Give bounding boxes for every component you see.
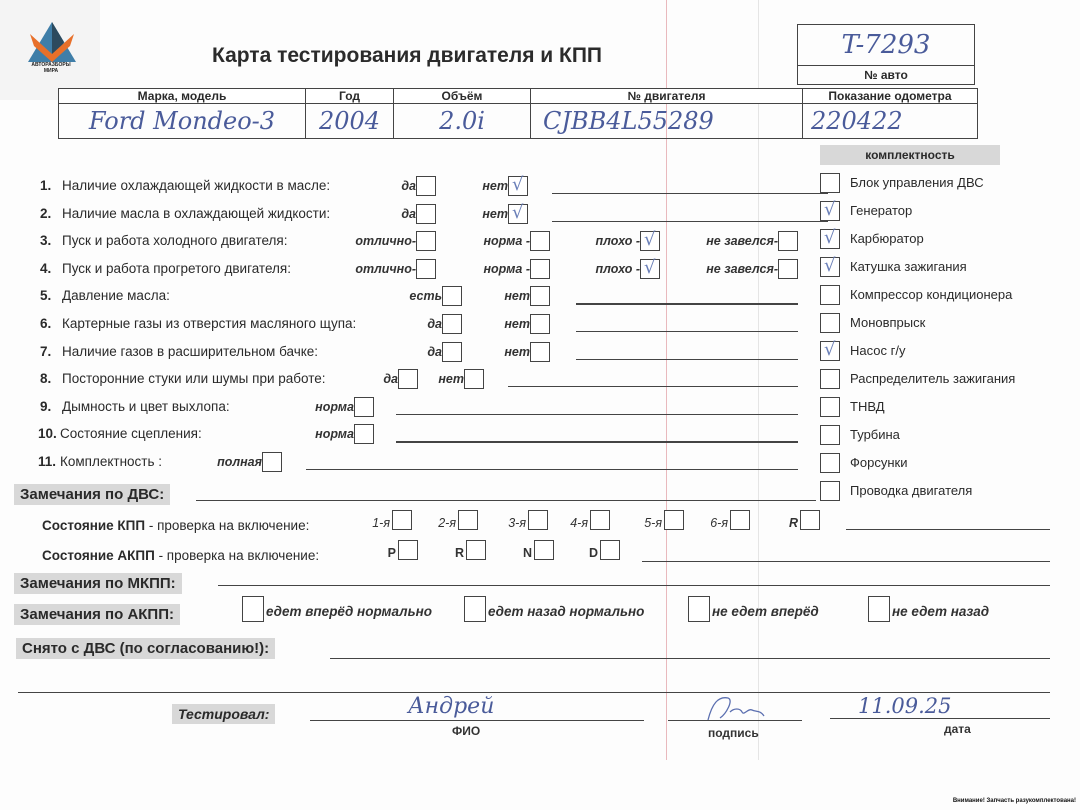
name-caption: ФИО <box>452 724 480 738</box>
question-text: Наличие газов в расширительном бачке: <box>62 344 318 359</box>
akpp-gear-label: P <box>388 546 396 560</box>
option-checkbox[interactable] <box>354 397 374 417</box>
option-label: нет <box>482 207 508 221</box>
kpp-gear-checkbox[interactable] <box>392 510 412 530</box>
kpp-gear-checkbox[interactable] <box>730 510 750 530</box>
option-checkbox[interactable] <box>530 314 550 334</box>
question-text: Дымность и цвет выхлопа: <box>62 399 230 414</box>
question-number: 1. <box>40 178 62 193</box>
option-label: не завелся- <box>706 234 778 248</box>
question-number: 9. <box>40 399 62 414</box>
question-text: Наличие охлаждающей жидкости в масле: <box>62 178 330 193</box>
question-number: 8. <box>40 371 62 386</box>
akpp-gear-label: D <box>589 546 598 560</box>
option-label: норма <box>315 427 354 441</box>
completeness-item-label: Турбина <box>850 427 900 442</box>
completeness-checkbox[interactable] <box>820 341 840 361</box>
option-label: нет <box>438 372 464 386</box>
col-header-volume: Объём <box>394 89 531 104</box>
remarks-mkpp-line[interactable] <box>218 585 1050 586</box>
question-row: 7.Наличие газов в расширительном бачке: <box>40 344 318 359</box>
option-checkbox[interactable] <box>530 259 550 279</box>
akpp-gear-label: R <box>455 546 464 560</box>
odometer-field[interactable]: 220422 <box>803 104 978 139</box>
date-caption: дата <box>944 722 971 736</box>
col-header-odometer: Показание одометра <box>803 89 978 104</box>
option-label: да <box>401 207 416 221</box>
kpp-notes-line[interactable] <box>846 529 1050 530</box>
option-checkbox[interactable] <box>530 342 550 362</box>
page-title: Карта тестирования двигателя и КПП <box>212 44 602 68</box>
kpp-gear-checkbox[interactable] <box>528 510 548 530</box>
footer-note: Внимание! Запчасть разукомплектована! <box>953 798 1076 804</box>
option-label: отлично- <box>355 234 416 248</box>
option-checkbox[interactable] <box>416 231 436 251</box>
question-row: 6.Картерные газы из отверстия масляного … <box>40 316 356 331</box>
vehicle-number-box: T-7293 № авто <box>797 24 975 85</box>
test-date[interactable]: 11.09.25 <box>858 694 952 718</box>
akpp-remark-label: не едет назад <box>892 604 989 619</box>
option-label: нет <box>504 345 530 359</box>
engine-number-field[interactable]: CJBB4L55289 <box>531 104 803 139</box>
question-number: 11. <box>38 454 60 469</box>
option-label: да <box>427 317 442 331</box>
option-label: нет <box>504 289 530 303</box>
kpp-gear-checkbox[interactable] <box>458 510 478 530</box>
option-checkbox[interactable] <box>508 176 528 196</box>
completeness-item-label: Генератор <box>850 203 912 218</box>
akpp-gear-checkbox[interactable] <box>398 540 418 560</box>
kpp-gear-label: 2-я <box>438 516 456 530</box>
logo-text: АВТОРАЗБОРЫ МИРА <box>18 62 84 74</box>
completeness-item-label: Распределитель зажигания <box>850 371 1015 386</box>
option-checkbox[interactable] <box>640 231 660 251</box>
kpp-gear-checkbox[interactable] <box>590 510 610 530</box>
kpp-gear-label: 1-я <box>372 516 390 530</box>
completeness-checkbox[interactable] <box>820 229 840 249</box>
akpp-remark-checkbox[interactable] <box>688 596 710 622</box>
kpp-label-bold: Состояние КПП <box>42 518 145 533</box>
question-number: 3. <box>40 233 62 248</box>
completeness-item-label: Насос г/у <box>850 343 905 358</box>
kpp-label-rest: - проверка на включение: <box>145 518 309 533</box>
question-notes-line[interactable] <box>396 414 798 415</box>
option-checkbox[interactable] <box>416 204 436 224</box>
option-checkbox[interactable] <box>530 286 550 306</box>
question-number: 10. <box>38 426 60 441</box>
completeness-item-label: Карбюратор <box>850 231 924 246</box>
question-row: 11.Комплектность : <box>38 454 162 469</box>
question-text: Картерные газы из отверстия масляного щу… <box>62 316 356 331</box>
option-label: норма <box>315 400 354 414</box>
removed-label: Снято с ДВС (по согласованию!): <box>16 638 275 659</box>
akpp-label-rest: - проверка на включение: <box>155 548 319 563</box>
kpp-gear-label: 4-я <box>570 516 588 530</box>
completeness-checkbox[interactable] <box>820 481 840 501</box>
option-checkbox[interactable] <box>508 204 528 224</box>
option-checkbox[interactable] <box>416 259 436 279</box>
option-label: есть <box>409 289 442 303</box>
option-checkbox[interactable] <box>442 314 462 334</box>
question-number: 7. <box>40 344 62 359</box>
akpp-label-bold: Состояние АКПП <box>42 548 155 563</box>
logo-icon <box>26 22 78 64</box>
option-checkbox[interactable] <box>442 286 462 306</box>
tester-name-line <box>310 720 644 721</box>
completeness-checkbox[interactable] <box>820 369 840 389</box>
col-header-make-model: Марка, модель <box>59 89 306 104</box>
option-label: плохо - <box>596 234 640 248</box>
completeness-item-label: Блок управления ДВС <box>850 175 984 190</box>
option-label: отлично- <box>355 262 416 276</box>
option-label: полная <box>217 455 262 469</box>
question-notes-line[interactable] <box>306 469 798 470</box>
option-label: да <box>383 372 398 386</box>
completeness-checkbox[interactable] <box>820 313 840 333</box>
remarks-mkpp-label: Замечания по МКПП: <box>14 573 182 594</box>
question-text: Посторонние стуки или шумы при работе: <box>62 371 326 386</box>
completeness-checkbox[interactable] <box>820 285 840 305</box>
completeness-checkbox[interactable] <box>820 453 840 473</box>
question-text: Наличие масла в охлаждающей жидкости: <box>62 206 330 221</box>
option-checkbox[interactable] <box>398 369 418 389</box>
question-notes-line[interactable] <box>552 193 828 194</box>
option-checkbox[interactable] <box>530 231 550 251</box>
completeness-item-label: Катушка зажигания <box>850 259 967 274</box>
option-checkbox[interactable] <box>778 259 798 279</box>
signature-icon[interactable] <box>700 694 780 722</box>
kpp-gear-label: R <box>789 516 798 530</box>
col-header-year: Год <box>306 89 394 104</box>
question-row: 4.Пуск и работа прогретого двигателя: <box>40 261 291 276</box>
option-checkbox[interactable] <box>354 424 374 444</box>
akpp-remark-checkbox[interactable] <box>242 596 264 622</box>
completeness-item-label: Моновпрыск <box>850 315 925 330</box>
remarks-dvs-line[interactable] <box>196 500 816 501</box>
kpp-gear-checkbox[interactable] <box>800 510 820 530</box>
akpp-remark-checkbox[interactable] <box>464 596 486 622</box>
question-number: 5. <box>40 288 62 303</box>
option-label: да <box>427 345 442 359</box>
removed-line[interactable] <box>330 658 1050 659</box>
completeness-checkbox[interactable] <box>820 425 840 445</box>
completeness-item-label: Форсунки <box>850 455 907 470</box>
completeness-item-label: Проводка двигателя <box>850 483 972 498</box>
question-row: 8.Посторонние стуки или шумы при работе: <box>40 371 326 386</box>
tester-name[interactable]: Андрей <box>408 694 494 719</box>
akpp-gear-checkbox[interactable] <box>466 540 486 560</box>
akpp-label: Состояние АКПП - проверка на включение: <box>42 548 319 563</box>
option-label: да <box>401 179 416 193</box>
kpp-gear-checkbox[interactable] <box>664 510 684 530</box>
option-checkbox[interactable] <box>262 452 282 472</box>
option-label: норма - <box>484 234 531 248</box>
kpp-label: Состояние КПП - проверка на включение: <box>42 518 309 533</box>
option-label: нет <box>504 317 530 331</box>
question-row: 3.Пуск и работа холодного двигателя: <box>40 233 288 248</box>
akpp-notes-line[interactable] <box>642 561 1050 562</box>
vehicle-number-label: № авто <box>798 66 975 85</box>
question-number: 4. <box>40 261 62 276</box>
completeness-item-label: Компрессор кондиционера <box>850 287 1012 302</box>
year-field[interactable]: 2004 <box>306 104 394 139</box>
question-row: 5.Давление масла: <box>40 288 170 303</box>
akpp-gear-checkbox[interactable] <box>534 540 554 560</box>
make-model-field[interactable]: Ford Mondeo-3 <box>59 104 306 139</box>
question-row: 9.Дымность и цвет выхлопа: <box>40 399 230 414</box>
signature-line <box>668 720 802 721</box>
question-row: 2.Наличие масла в охлаждающей жидкости: <box>40 206 330 221</box>
question-notes-line[interactable] <box>552 221 828 222</box>
question-text: Состояние сцепления: <box>60 426 202 441</box>
completeness-checkbox[interactable] <box>820 397 840 417</box>
remarks-dvs-label: Замечания по ДВС: <box>14 484 170 505</box>
completeness-checkbox[interactable] <box>820 201 840 221</box>
option-label: нет <box>482 179 508 193</box>
question-notes-line[interactable] <box>508 386 798 387</box>
akpp-gear-label: N <box>523 546 532 560</box>
completeness-checkbox[interactable] <box>820 257 840 277</box>
option-checkbox[interactable] <box>416 176 436 196</box>
tested-by-label: Тестировал: <box>172 704 275 724</box>
completeness-header: комплектность <box>820 145 1000 165</box>
question-notes-line[interactable] <box>396 441 798 442</box>
question-row: 10.Состояние сцепления: <box>38 426 202 441</box>
akpp-remark-label: не едет вперёд <box>712 604 819 619</box>
signature-caption: подпись <box>708 726 759 740</box>
col-header-engine-number: № двигателя <box>531 89 803 104</box>
option-checkbox[interactable] <box>778 231 798 251</box>
akpp-remark-checkbox[interactable] <box>868 596 890 622</box>
vehicle-number-value[interactable]: T-7293 <box>798 25 975 66</box>
akpp-remark-label: едет назад нормально <box>488 604 644 619</box>
option-label: норма - <box>484 262 531 276</box>
remarks-akpp-label: Замечания по АКПП: <box>14 604 180 625</box>
question-number: 2. <box>40 206 62 221</box>
question-row: 1.Наличие охлаждающей жидкости в масле: <box>40 178 330 193</box>
option-checkbox[interactable] <box>640 259 660 279</box>
kpp-gear-label: 5-я <box>644 516 662 530</box>
question-text: Комплектность : <box>60 454 162 469</box>
akpp-gear-checkbox[interactable] <box>600 540 620 560</box>
kpp-gear-label: 3-я <box>508 516 526 530</box>
kpp-gear-label: 6-я <box>710 516 728 530</box>
option-label: не завелся- <box>706 262 778 276</box>
logo-text-line2: МИРА <box>18 68 84 74</box>
question-text: Давление масла: <box>62 288 170 303</box>
question-notes-line[interactable] <box>576 359 798 360</box>
option-checkbox[interactable] <box>464 369 484 389</box>
option-label: плохо - <box>596 262 640 276</box>
question-number: 6. <box>40 316 62 331</box>
vehicle-info-table: Марка, модель Год Объём № двигателя Пока… <box>58 88 978 139</box>
question-text: Пуск и работа прогретого двигателя: <box>62 261 291 276</box>
question-notes-line[interactable] <box>576 303 798 304</box>
volume-field[interactable]: 2.0i <box>394 104 531 139</box>
completeness-item-label: ТНВД <box>850 399 885 414</box>
question-text: Пуск и работа холодного двигателя: <box>62 233 288 248</box>
akpp-remark-label: едет вперёд нормально <box>266 604 432 619</box>
date-line <box>830 718 1050 719</box>
question-notes-line[interactable] <box>576 331 798 332</box>
completeness-checkbox[interactable] <box>820 173 840 193</box>
option-checkbox[interactable] <box>442 342 462 362</box>
